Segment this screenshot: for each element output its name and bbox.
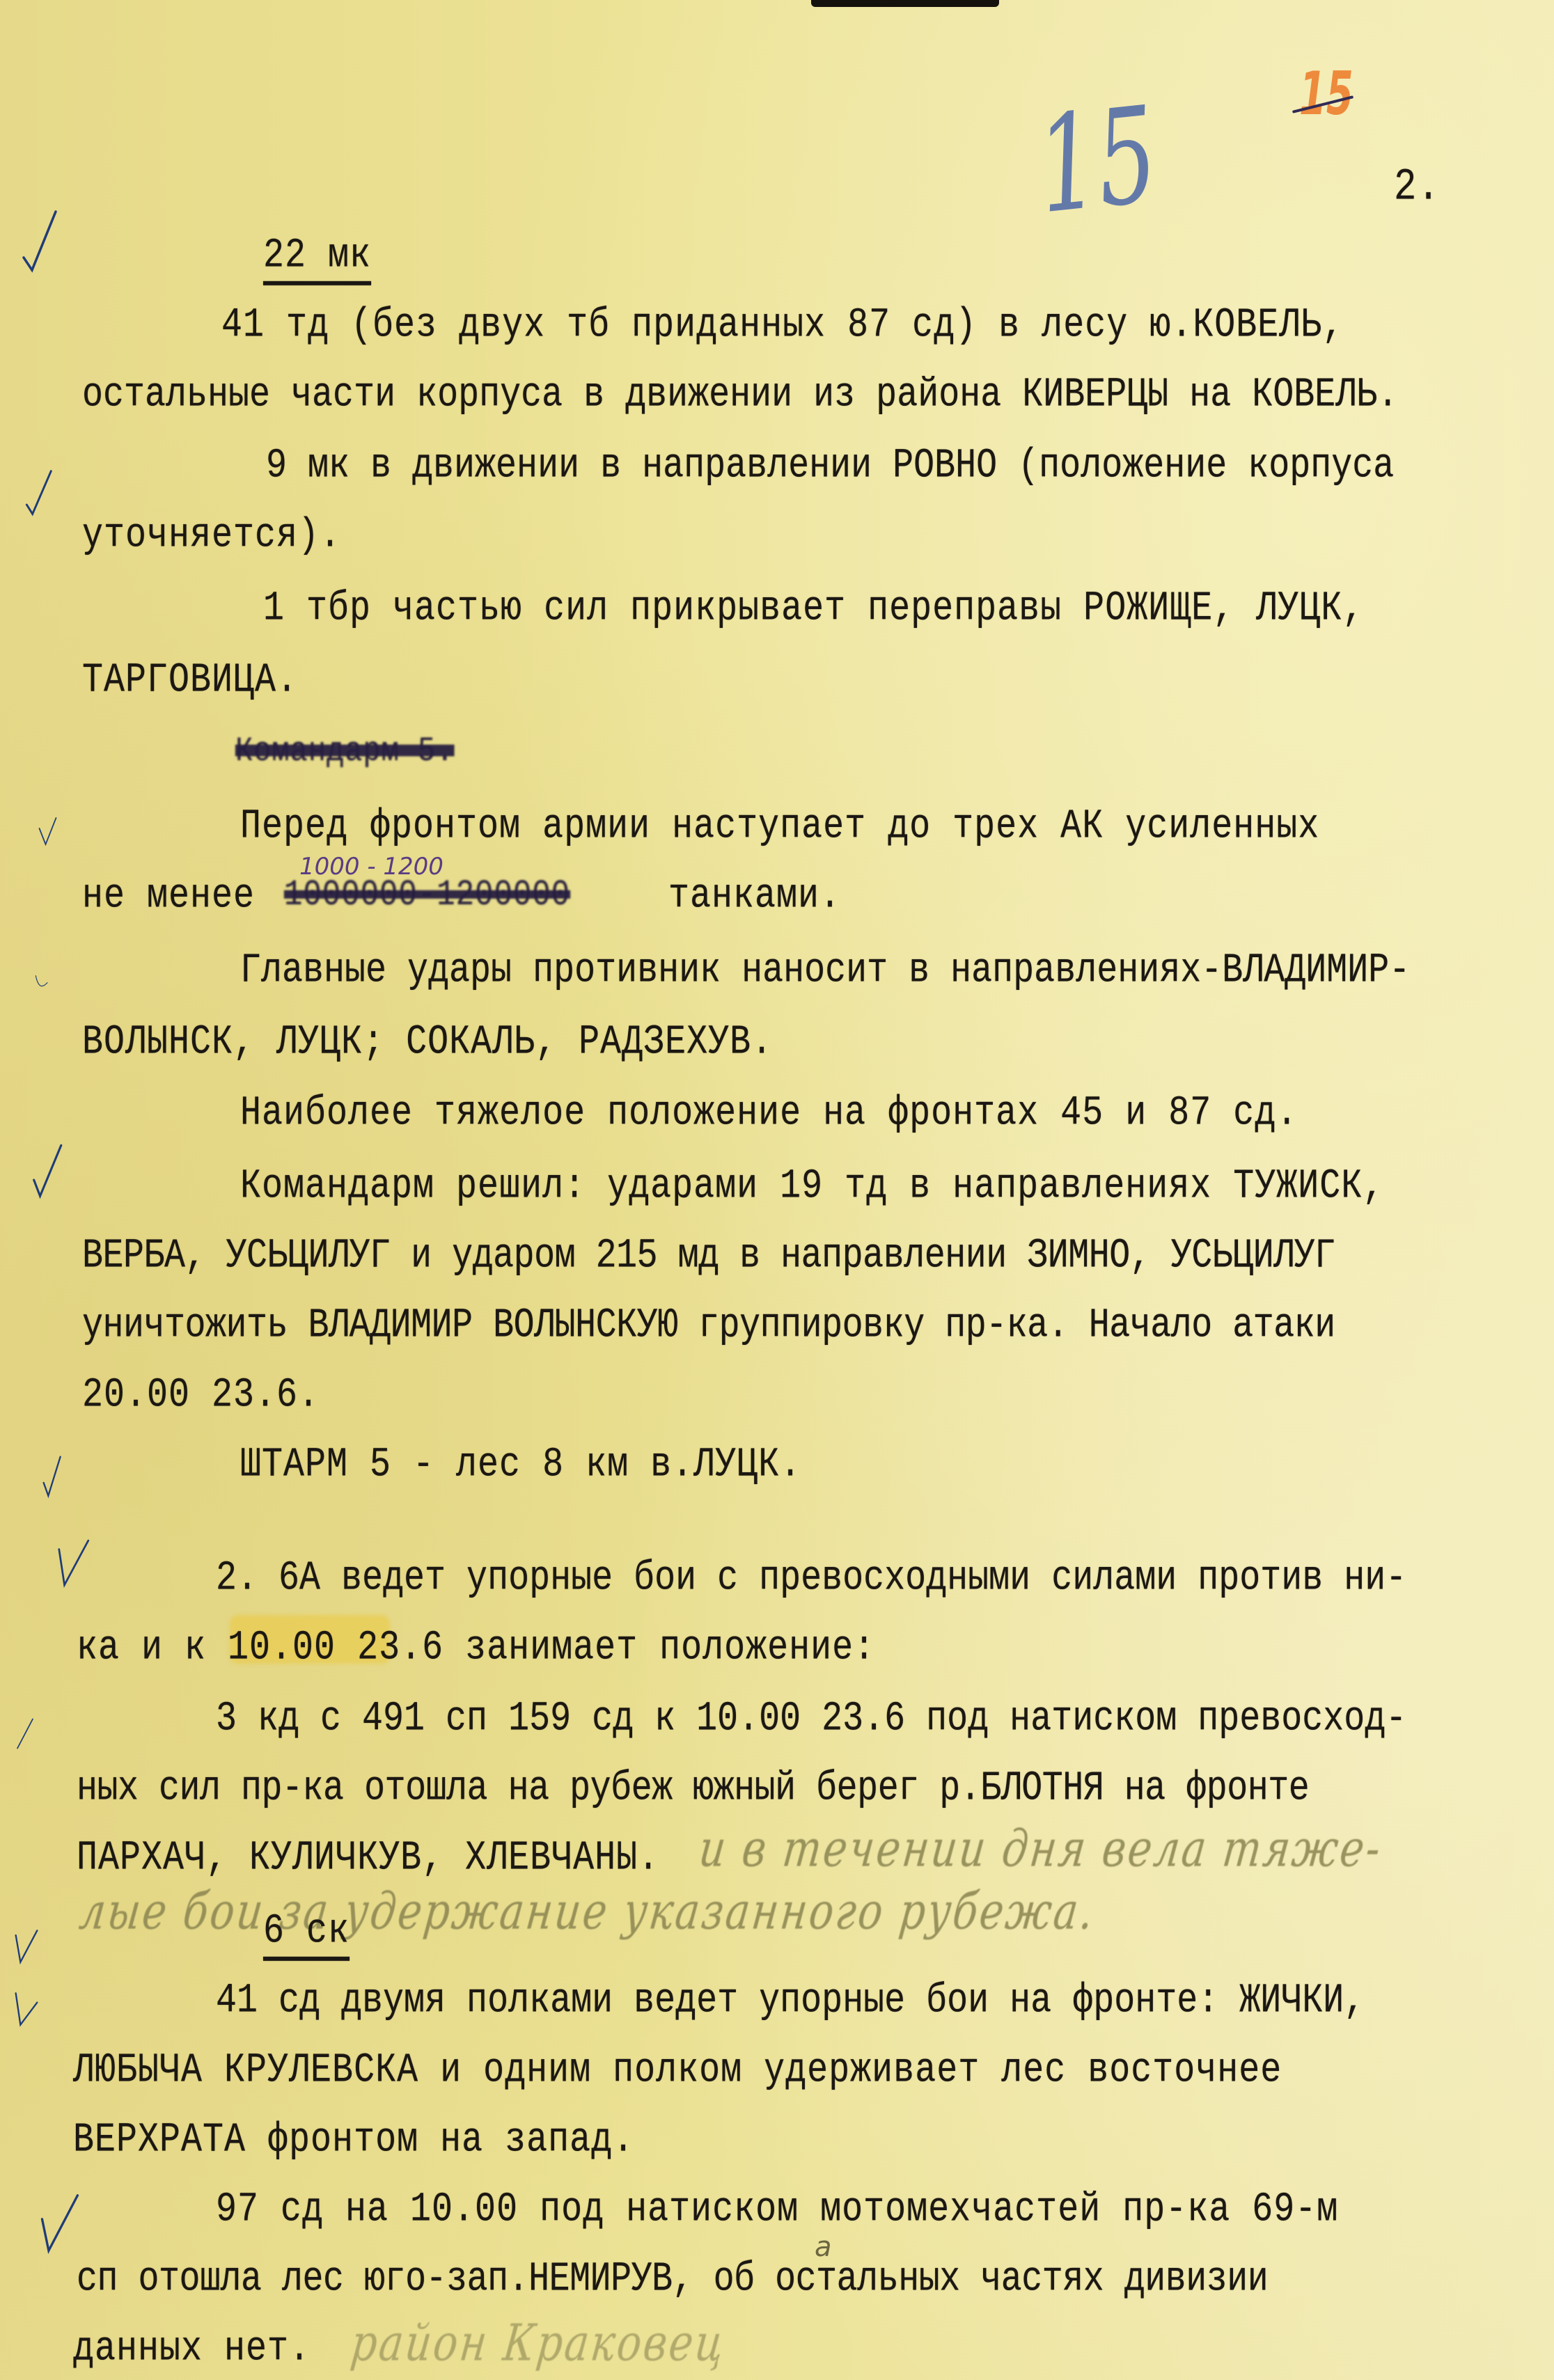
text-line: 20.00 23.6.	[82, 1376, 320, 1417]
checkmark-icon	[14, 1685, 35, 1782]
checkmark-icon	[28, 1142, 70, 1197]
text-line: ЛЮБЫЧА КРУЛЕВСКА и одним полком удержива…	[73, 2051, 1282, 2092]
text-line: не менее	[82, 876, 255, 917]
handwritten-addition: и в течении дня вела тяже-	[696, 1819, 1386, 1878]
text-line: танками.	[668, 876, 841, 917]
text-line: уничтожить ВЛАДИМИР ВОЛЫНСКУЮ группировк…	[82, 1306, 1335, 1347]
text-line: ка и к 10.00 23.6 занимает положение:	[77, 1628, 875, 1669]
document-page: 15 15 2. 22 мк 41 тд (без двух тб придан…	[0, 0, 1554, 2380]
archive-sheet-number-blue: 15	[1030, 78, 1163, 243]
text-line: ПАРХАЧ, КУЛИЧКУВ, ХЛЕВЧАНЫ.	[77, 1838, 659, 1879]
handwritten-addition: лые бои за удержание указанного рубежа.	[77, 1882, 1098, 1941]
checkmark-icon	[42, 1441, 70, 1511]
text-line: уточняется).	[82, 516, 341, 557]
struck-number: 1000000-1200000	[284, 877, 570, 913]
text-line: ВЕРХРАТА фронтом на запад.	[73, 2120, 634, 2161]
text-line: ТАРГОВИЦА.	[82, 661, 298, 702]
text-line: Перед фронтом армии наступает до трех АК…	[240, 807, 1319, 848]
text-line: ных сил пр-ка отошла на рубеж южный бере…	[77, 1769, 1309, 1810]
text-line: Главные удары противник наносит в направ…	[240, 951, 1410, 992]
checkmark-icon	[10, 1984, 45, 2026]
text-line: 1 тбр частью сил прикрывает переправы РО…	[263, 589, 1364, 630]
checkmark-icon	[10, 1921, 45, 1963]
section-heading-22mk: 22 мк	[263, 236, 371, 277]
text-line: 41 тд (без двух тб приданных 87 сд) в ле…	[221, 306, 1344, 347]
page-number: 2.	[1394, 166, 1441, 210]
section-heading-6sk: 6 ск	[263, 1912, 350, 1953]
text-line: 2. 6А ведет упорные бои с превосходными …	[216, 1559, 1406, 1600]
text-line: 3 кд с 491 сп 159 сд к 10.00 23.6 под на…	[216, 1699, 1406, 1740]
struck-heading: Командарм 5.	[235, 734, 454, 769]
checkmark-icon	[21, 209, 63, 271]
text-line: ШТАРМ 5 - лес 8 км в.ЛУЦК.	[240, 1445, 801, 1486]
top-edge-binding-mark	[811, 0, 999, 7]
checkmark-icon	[21, 463, 63, 515]
text-line: Командарм решил: ударами 19 тд в направл…	[240, 1167, 1384, 1208]
checkmark-icon	[28, 971, 56, 992]
text-line: 97 сд на 10.00 под натиском мотомехчасте…	[216, 2190, 1338, 2231]
checkmark-icon	[36, 814, 61, 846]
text-line: ВЕРБА, УСЬЦИЛУГ и ударом 215 мд в направ…	[82, 1236, 1335, 1277]
checkmark-icon	[42, 1538, 104, 1587]
text-line: Наиболее тяжелое положение на фронтах 45…	[240, 1094, 1298, 1135]
text-line: данных нет.	[73, 2329, 311, 2370]
handwritten-bottom-note: район Краковец	[348, 2313, 729, 2372]
text-line: сп отошла лес юго-зап.НЕМИРУВ, об осталь…	[77, 2260, 1268, 2301]
text-line: 41 сд двумя полками ведет упорные бои на…	[216, 1981, 1365, 2022]
text-line: ВОЛЫНСК, ЛУЦК; СОКАЛЬ, РАДЗЕХУВ.	[82, 1023, 773, 1064]
text-line: остальные части корпуса в движении из ра…	[82, 375, 1398, 416]
archive-sheet-number-orange: 15	[1299, 59, 1353, 129]
text-line: 9 мк в движении в направлении РОВНО (пол…	[266, 446, 1394, 487]
checkmark-icon	[28, 2193, 91, 2252]
